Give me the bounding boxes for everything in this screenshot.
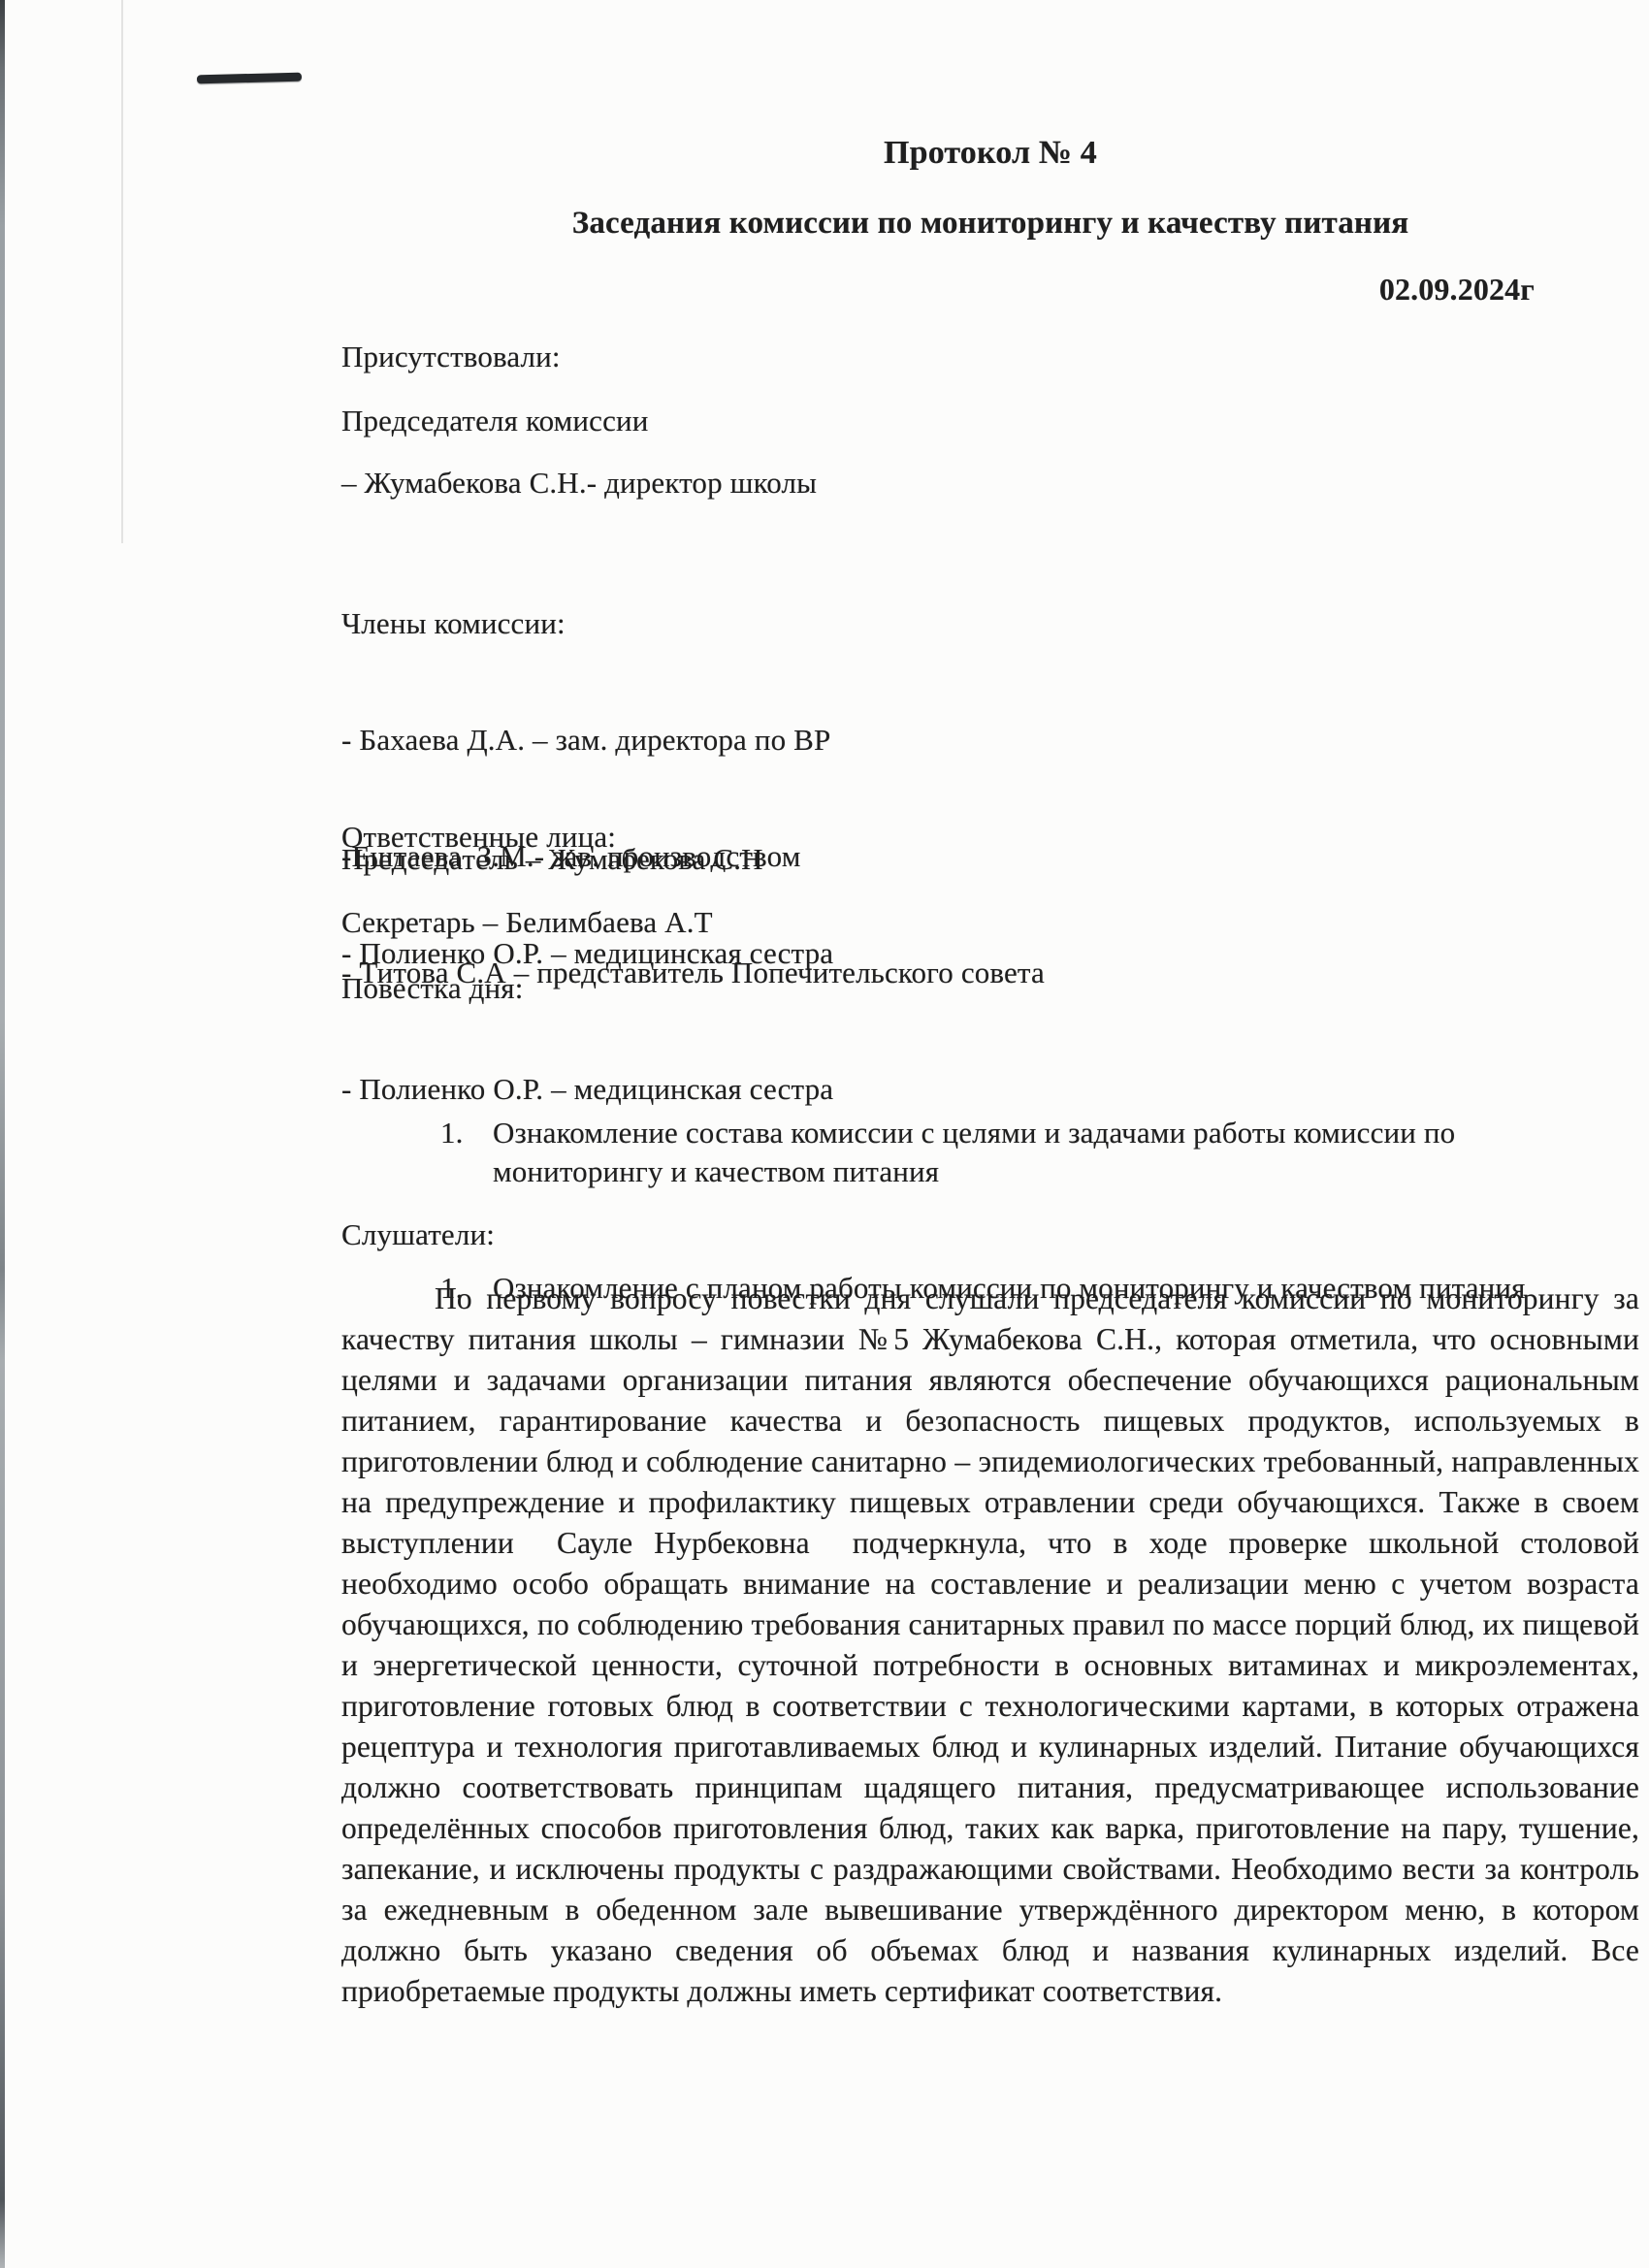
minutes-paragraph: По первому вопросу повестки дня слушали … bbox=[341, 1279, 1639, 2012]
document-date: 02.09.2024г bbox=[341, 270, 1639, 308]
marker-stroke-artifact bbox=[197, 73, 302, 84]
agenda-item: 1. Ознакомление состава комиссии с целям… bbox=[341, 1114, 1639, 1191]
members-label: Члены комиссии: bbox=[341, 604, 1639, 643]
listeners-label: Слушатели: bbox=[341, 1215, 1639, 1254]
fold-line-artifact bbox=[121, 0, 123, 543]
chair-name-line: – Жумабекова С.Н.- директор школы bbox=[341, 464, 1639, 502]
present-label: Присутствовали: bbox=[341, 338, 1639, 376]
document-page: Протокол № 4 Заседания комиссии по монит… bbox=[0, 0, 1649, 2268]
secretary-line: Секретарь – Белимбаева А.Т bbox=[341, 903, 1639, 942]
agenda-item-text: Ознакомление состава комиссии с целями и… bbox=[493, 1114, 1589, 1191]
scan-edge-artifact bbox=[0, 0, 5, 2268]
agenda-item-number: 1. bbox=[341, 1114, 493, 1152]
chairman-line: Председатель – Жумабекова С.Н bbox=[341, 840, 1639, 879]
agenda-label: Повестка дня: bbox=[341, 969, 1639, 1008]
document-subtitle: Заседания комиссии по мониторингу и каче… bbox=[341, 204, 1639, 243]
document-title: Протокол № 4 bbox=[341, 134, 1639, 173]
chair-role-label: Председателя комиссии bbox=[341, 402, 1639, 440]
